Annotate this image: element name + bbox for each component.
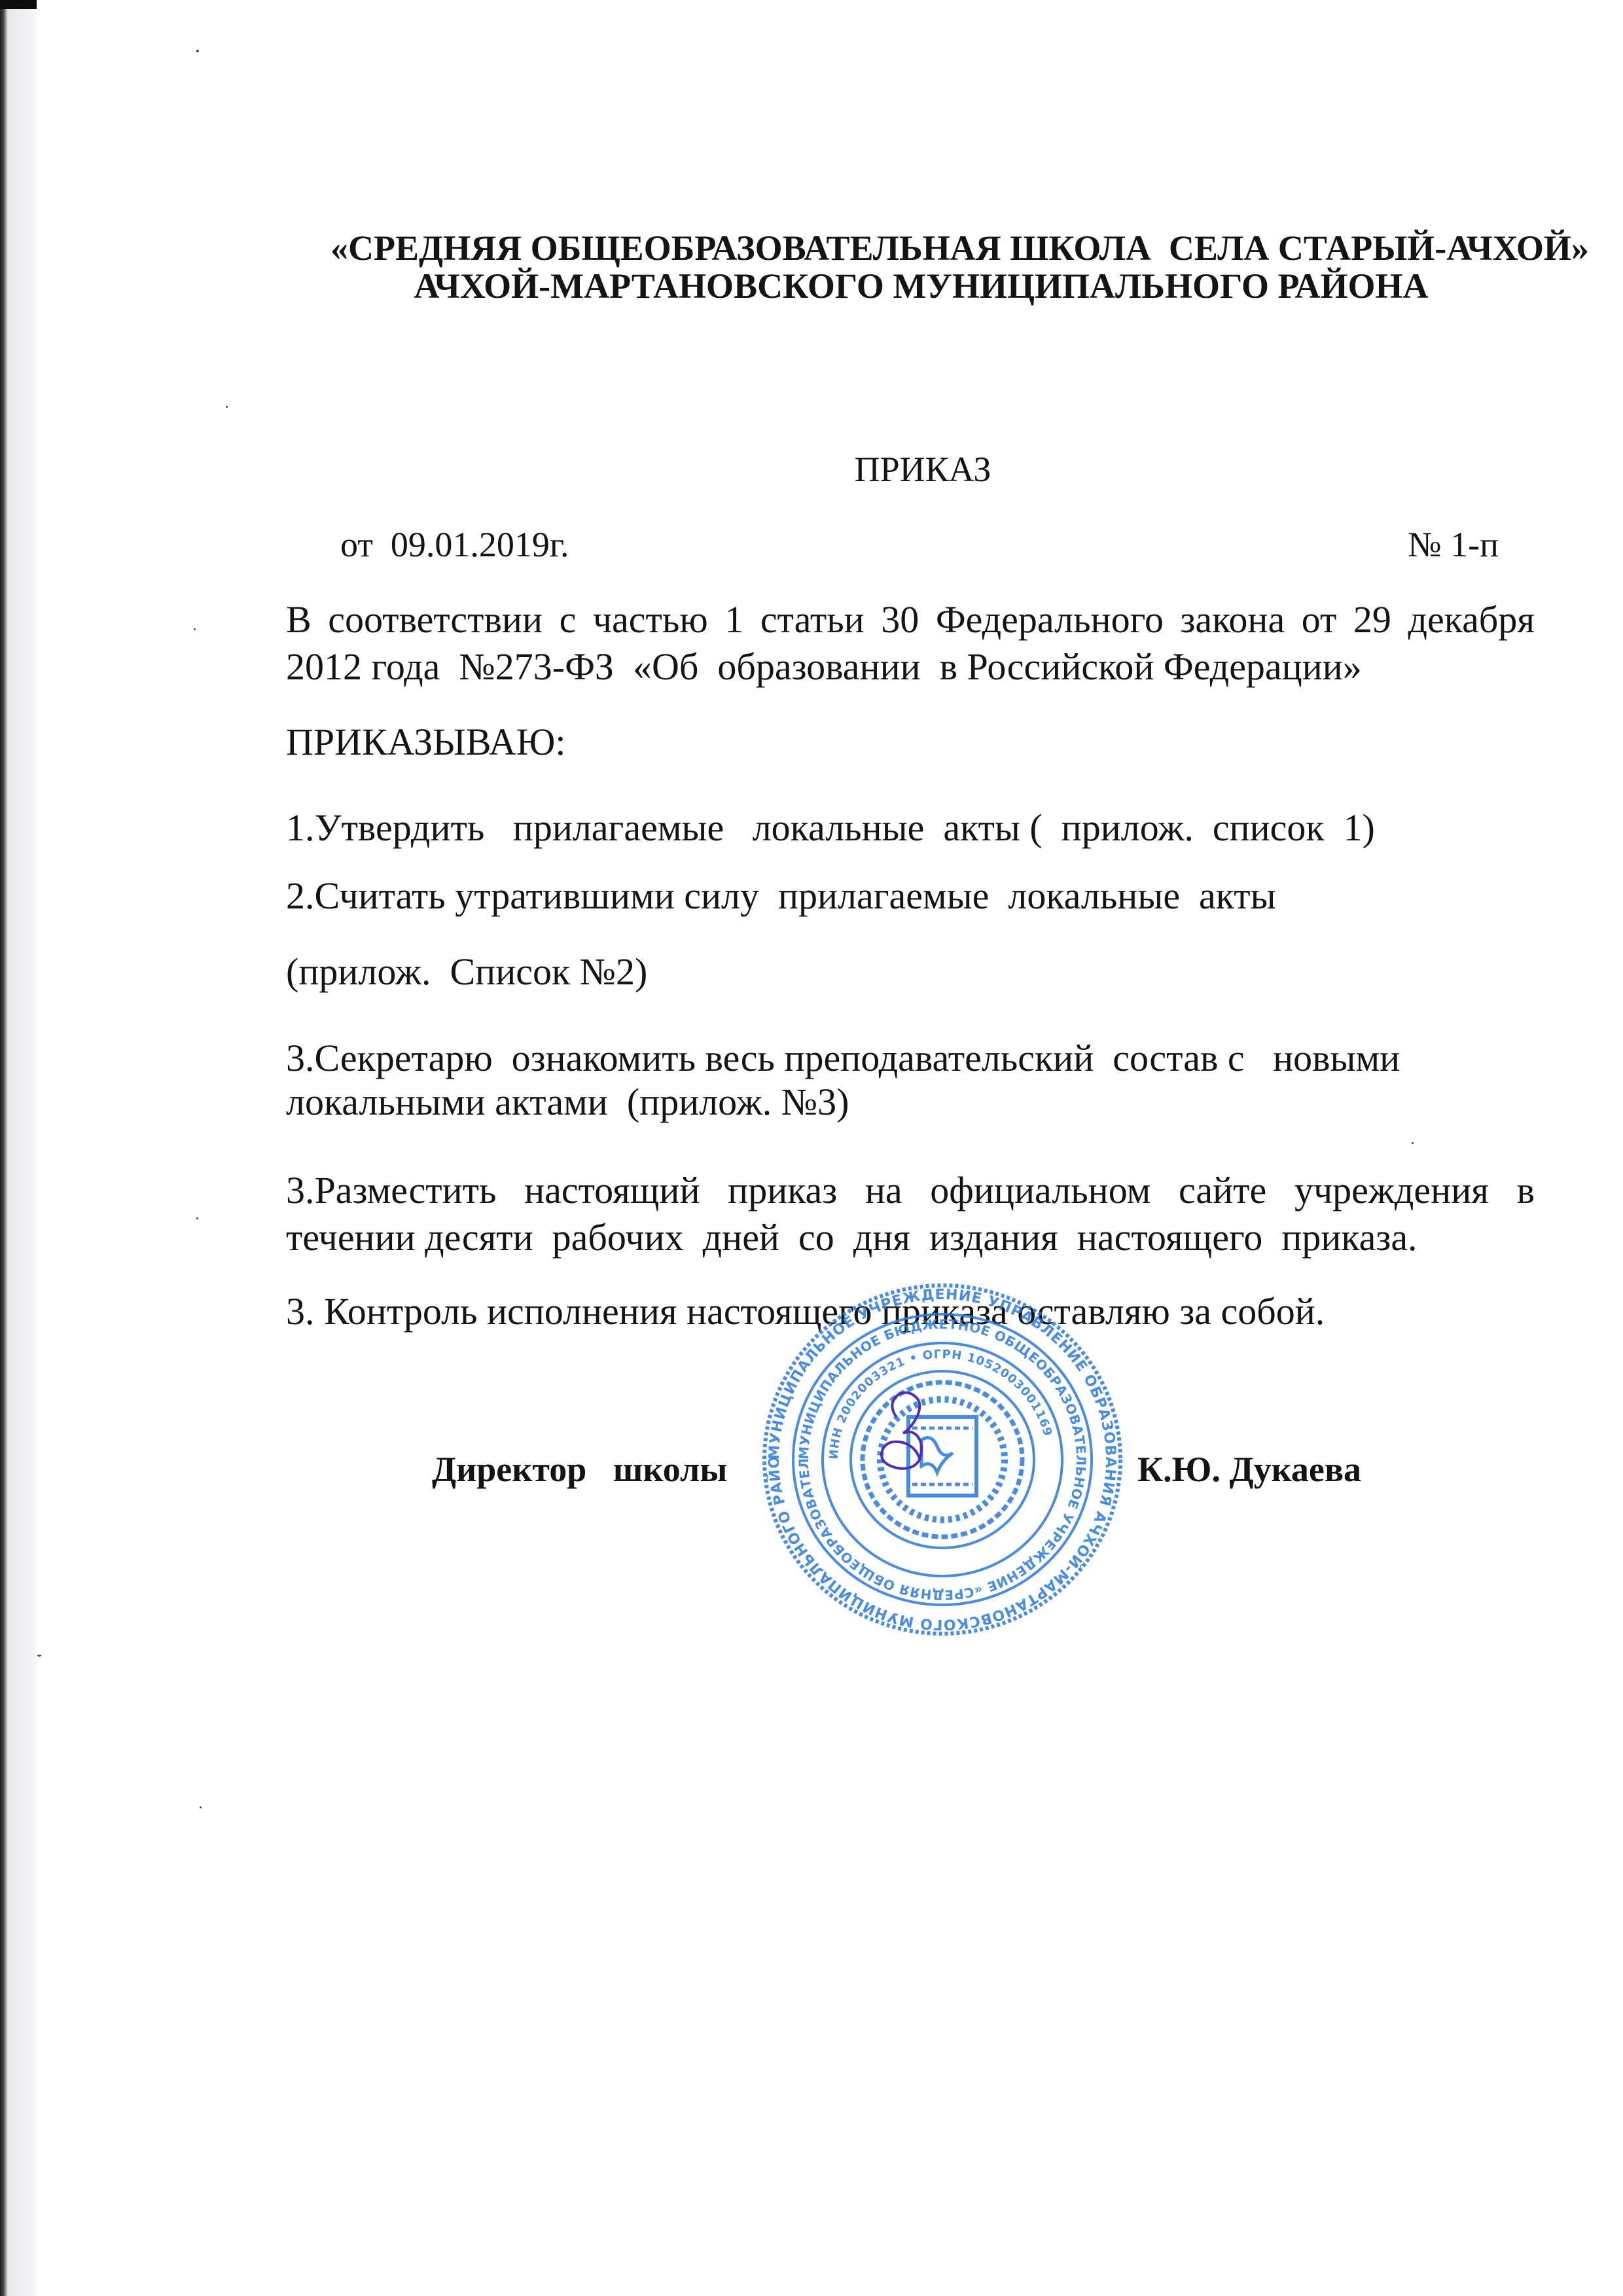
order-item-2-continuation: (прилож. Список №2) [286, 953, 647, 991]
signatory-name: К.Ю. Дукаева [1137, 1452, 1361, 1487]
order-item-1: 1.Утвердить прилагаемые локальные акты (… [286, 809, 1375, 847]
order-item-3-secretary-continuation: локальными актами (прилож. №3) [286, 1083, 849, 1121]
scan-speck [226, 406, 228, 408]
scan-speck [196, 1217, 198, 1219]
preamble-line-2: 2012 года №273-ФЗ «Об образовании в Росс… [286, 648, 1362, 686]
order-item-3-publish-continuation: течении десяти рабочих дней со дня издан… [286, 1219, 1418, 1257]
preamble-line-1: В соответствии с частью 1 статьи 30 Феде… [286, 601, 1535, 639]
order-date: от 09.01.2019г. [340, 527, 569, 562]
signatory-title: Директор школы [432, 1452, 727, 1487]
scan-speck [196, 50, 199, 52]
district-name-heading: АЧХОЙ-МАРТАНОВСКОГО МУНИЦИПАЛЬНОГО РАЙОН… [330, 268, 1512, 304]
order-item-2: 2.Считать утратившими силу прилагаемые л… [286, 877, 1276, 915]
order-item-3-publish: 3.Разместить настоящий приказ на официал… [286, 1172, 1535, 1210]
order-number: № 1-п [1384, 527, 1499, 562]
scan-speck [1412, 1142, 1414, 1144]
scan-speck [194, 628, 196, 630]
directive-heading: ПРИКАЗЫВАЮ: [286, 723, 565, 761]
school-name-heading: «СРЕДНЯЯ ОБЩЕОБРАЗОВАТЕЛЬНАЯ ШКОЛА СЕЛА … [330, 230, 1512, 266]
order-item-3-secretary: 3.Секретарю ознакомить весь преподавател… [286, 1039, 1400, 1077]
official-seal: МУНИЦИПАЛЬНОЕ УЧРЕЖДЕНИЕ УПРАВЛЕНИЕ ОБРА… [753, 1276, 1132, 1643]
scan-speck [200, 1806, 202, 1808]
scan-corner-artifact [0, 0, 37, 9]
seal-icon: МУНИЦИПАЛЬНОЕ УЧРЕЖДЕНИЕ УПРАВЛЕНИЕ ОБРА… [753, 1276, 1132, 1643]
scan-edge-shadow [0, 0, 8, 2296]
scan-edge-margin [8, 0, 37, 2296]
order-title: ПРИКАЗ [844, 452, 1001, 487]
scan-speck [37, 1655, 41, 1657]
